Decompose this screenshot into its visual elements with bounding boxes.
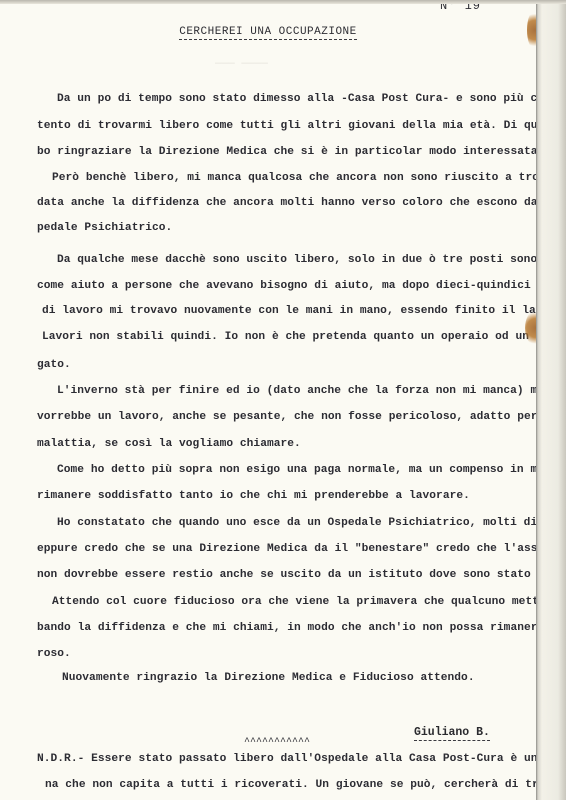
- body-line: data anche la diffidenza che ancora molt…: [37, 197, 536, 209]
- editor-note-line: N.D.R.- Essere stato passato libero dall…: [37, 753, 536, 765]
- body-line: bo ringraziare la Direzione Medica che s…: [37, 146, 536, 158]
- author-signature: Giuliano B.: [414, 726, 490, 741]
- body-line: Ho constatato che quando uno esce da un …: [57, 517, 536, 529]
- binding-edge: [536, 0, 566, 800]
- body-line: eppure credo che se una Direzione Medica…: [37, 543, 536, 555]
- separator-carets: ^^^^^^^^^^^: [244, 737, 310, 748]
- scan-top-edge: [0, 0, 566, 4]
- document-title: CERCHEREI UNA OCCUPAZIONE: [0, 26, 536, 38]
- editor-note-line: na che non capita a tutti i ricoverati. …: [45, 779, 536, 791]
- body-line: Lavori non stabili quindi. Io non è che …: [42, 331, 536, 343]
- body-line: Attendo col cuore fiducioso ora che vien…: [52, 596, 536, 608]
- body-line: rimanere soddisfatto tanto io che chi mi…: [37, 490, 470, 502]
- body-line: vorrebbe un lavoro, anche se pesante, ch…: [37, 411, 536, 423]
- body-line: pedale Psichiatrico.: [37, 222, 172, 234]
- body-line: Però benchè libero, mi manca qualcosa ch…: [52, 172, 536, 184]
- body-line: tento di trovarmi libero come tutti gli …: [37, 120, 536, 132]
- stain-mark: [527, 10, 536, 50]
- body-line: di lavoro mi trovavo nuovamente con le m…: [42, 305, 536, 317]
- document-title-text: CERCHEREI UNA OCCUPAZIONE: [179, 26, 357, 40]
- body-line: Da qualche mese dacchè sono uscito liber…: [57, 254, 536, 266]
- body-line: come aiuto a persone che avevano bisogno…: [37, 280, 536, 292]
- body-line: L'inverno stà per finire ed io (dato anc…: [57, 385, 536, 397]
- body-line: bando la diffidenza e che mi chiami, in …: [37, 622, 536, 634]
- body-line: roso.: [37, 648, 71, 660]
- body-line: Nuovamente ringrazio la Direzione Medica…: [62, 672, 475, 684]
- body-line: non dovrebbe essere restio anche se usci…: [37, 569, 536, 581]
- body-line: Come ho detto più sopra non esigo una pa…: [57, 464, 536, 476]
- body-line: Da un po di tempo sono stato dimesso all…: [57, 93, 536, 105]
- scanned-page: ———— ——— N° 19 CERCHEREI UNA OCCUPAZIONE…: [0, 0, 536, 800]
- body-line: malattia, se così la vogliamo chiamare.: [37, 438, 301, 450]
- bleed-through-text: ———— ———: [215, 58, 268, 70]
- body-line: gato.: [37, 359, 71, 371]
